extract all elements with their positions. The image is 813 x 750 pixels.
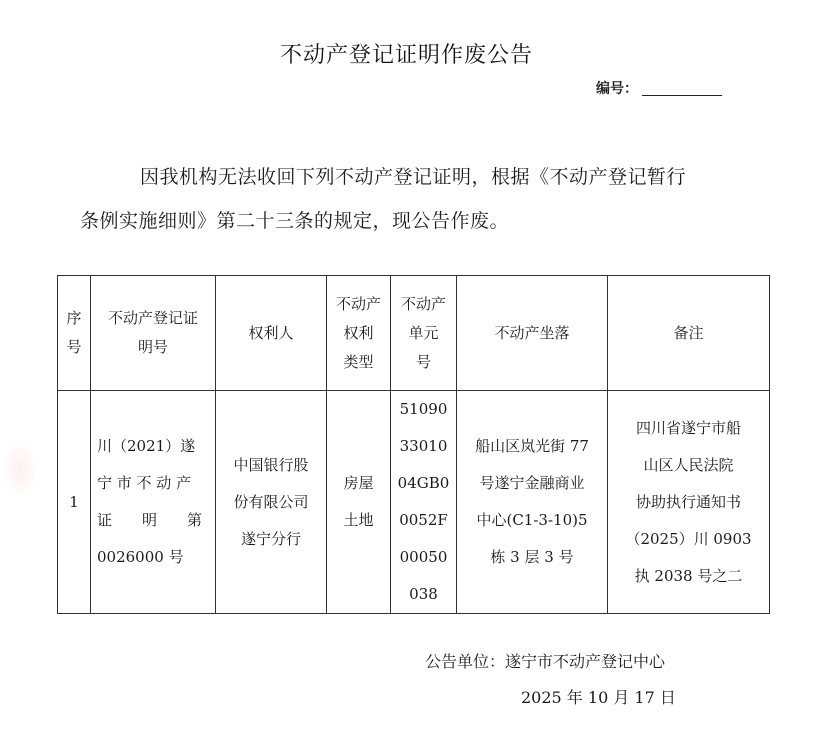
- cell-seq: 1: [58, 391, 91, 614]
- header-cert-no: 不动产登记证 明号: [91, 276, 216, 391]
- header-unit-no: 不动产 单元 号: [391, 276, 457, 391]
- cell-unit-no: 51090 33010 04GB0 0052F 00050 038: [391, 391, 457, 614]
- serial-label: 编号：: [596, 81, 638, 97]
- org-label: 公告单位：: [425, 652, 505, 671]
- faint-seal-mark: [0, 440, 40, 500]
- org-name: 遂宁市不动产登记中心: [505, 652, 665, 671]
- header-right-type: 不动产 权利 类型: [327, 276, 391, 391]
- cell-location: 船山区岚光街 77 号遂宁金融商业 中心(C1-3-10)5 栋 3 层 3 号: [457, 391, 608, 614]
- serial-number: 编号：: [596, 78, 722, 98]
- cell-right-type: 房屋 土地: [327, 391, 391, 614]
- header-remark: 备注: [608, 276, 770, 391]
- table-header-row: 序 号 不动产登记证 明号 权利人 不动产 权利 类型 不动产 单元 号 不动产…: [58, 276, 770, 391]
- serial-blank-line: [642, 95, 722, 96]
- cell-cert-no: 川（2021）遂 宁 市 不 动 产 证 明 第 0026000 号: [91, 391, 216, 614]
- document-title: 不动产登记证明作废公告: [0, 38, 813, 69]
- header-seq: 序 号: [58, 276, 91, 391]
- notice-paragraph-line-2: 条例实施细则》第二十三条的规定，现公告作废。: [80, 206, 740, 233]
- table-row: 1 川（2021）遂 宁 市 不 动 产 证 明 第 0026000 号 中国银…: [58, 391, 770, 614]
- header-holder: 权利人: [216, 276, 327, 391]
- issuing-organization: 公告单位：遂宁市不动产登记中心: [425, 649, 665, 672]
- cell-remark: 四川省遂宁市船 山区人民法院 协助执行通知书 （2025）川 0903 执 20…: [608, 391, 770, 614]
- cell-holder: 中国银行股 份有限公司 遂宁分行: [216, 391, 327, 614]
- notice-paragraph-line-1: 因我机构无法收回下列不动产登记证明，根据《不动产登记暂行: [140, 162, 800, 189]
- void-certificate-table: 序 号 不动产登记证 明号 权利人 不动产 权利 类型 不动产 单元 号 不动产…: [57, 275, 770, 614]
- header-location: 不动产坐落: [457, 276, 608, 391]
- issue-date: 2025 年 10 月 17 日: [521, 685, 676, 708]
